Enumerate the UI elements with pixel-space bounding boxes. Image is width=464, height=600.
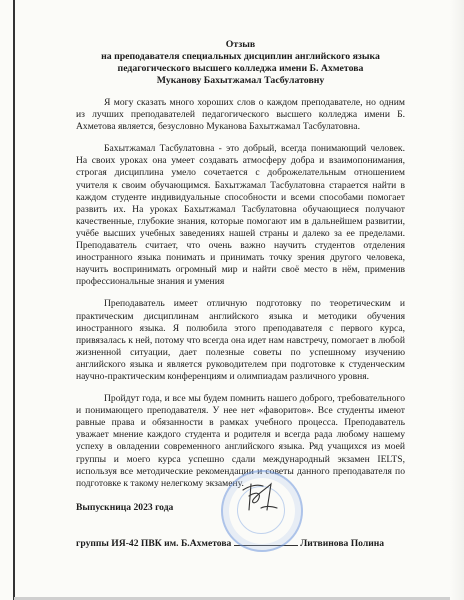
- paragraph-2: Бахытжамал Тасбулатовна - это добрый, вс…: [76, 143, 405, 288]
- signature-line: группы ИЯ-42 ПВК им. Б.Ахметова Литвинов…: [76, 536, 405, 550]
- group-text: группы ИЯ-42 ПВК им. Б.Ахметова: [76, 538, 231, 549]
- heading-teacher-name: Муканову Бахытжамал Тасбулатовну: [76, 75, 405, 87]
- document-heading: Отзыв на преподавателя специальных дисци…: [76, 39, 405, 87]
- heading-subtitle: на преподавателя специальных дисциплин а…: [76, 51, 405, 63]
- scan-left-edge: [13, 0, 15, 600]
- paragraph-4: Пройдут года, и все мы будем помнить наш…: [76, 393, 405, 490]
- heading-title: Отзыв: [76, 39, 405, 51]
- document-page: Отзыв на преподавателя специальных дисци…: [76, 39, 405, 550]
- paragraph-3: Преподаватель имеет отличную подготовку …: [76, 298, 405, 383]
- graduate-year-line: Выпускница 2023 года: [76, 502, 405, 514]
- heading-college: педагогического высшего колледжа имени Б…: [76, 63, 405, 75]
- scan-right-shade: [450, 0, 464, 600]
- paragraph-1: Я могу сказать много хороших слов о кажд…: [76, 97, 405, 133]
- signature-blank: [234, 536, 298, 546]
- signer-name: Литвинова Полина: [300, 538, 384, 549]
